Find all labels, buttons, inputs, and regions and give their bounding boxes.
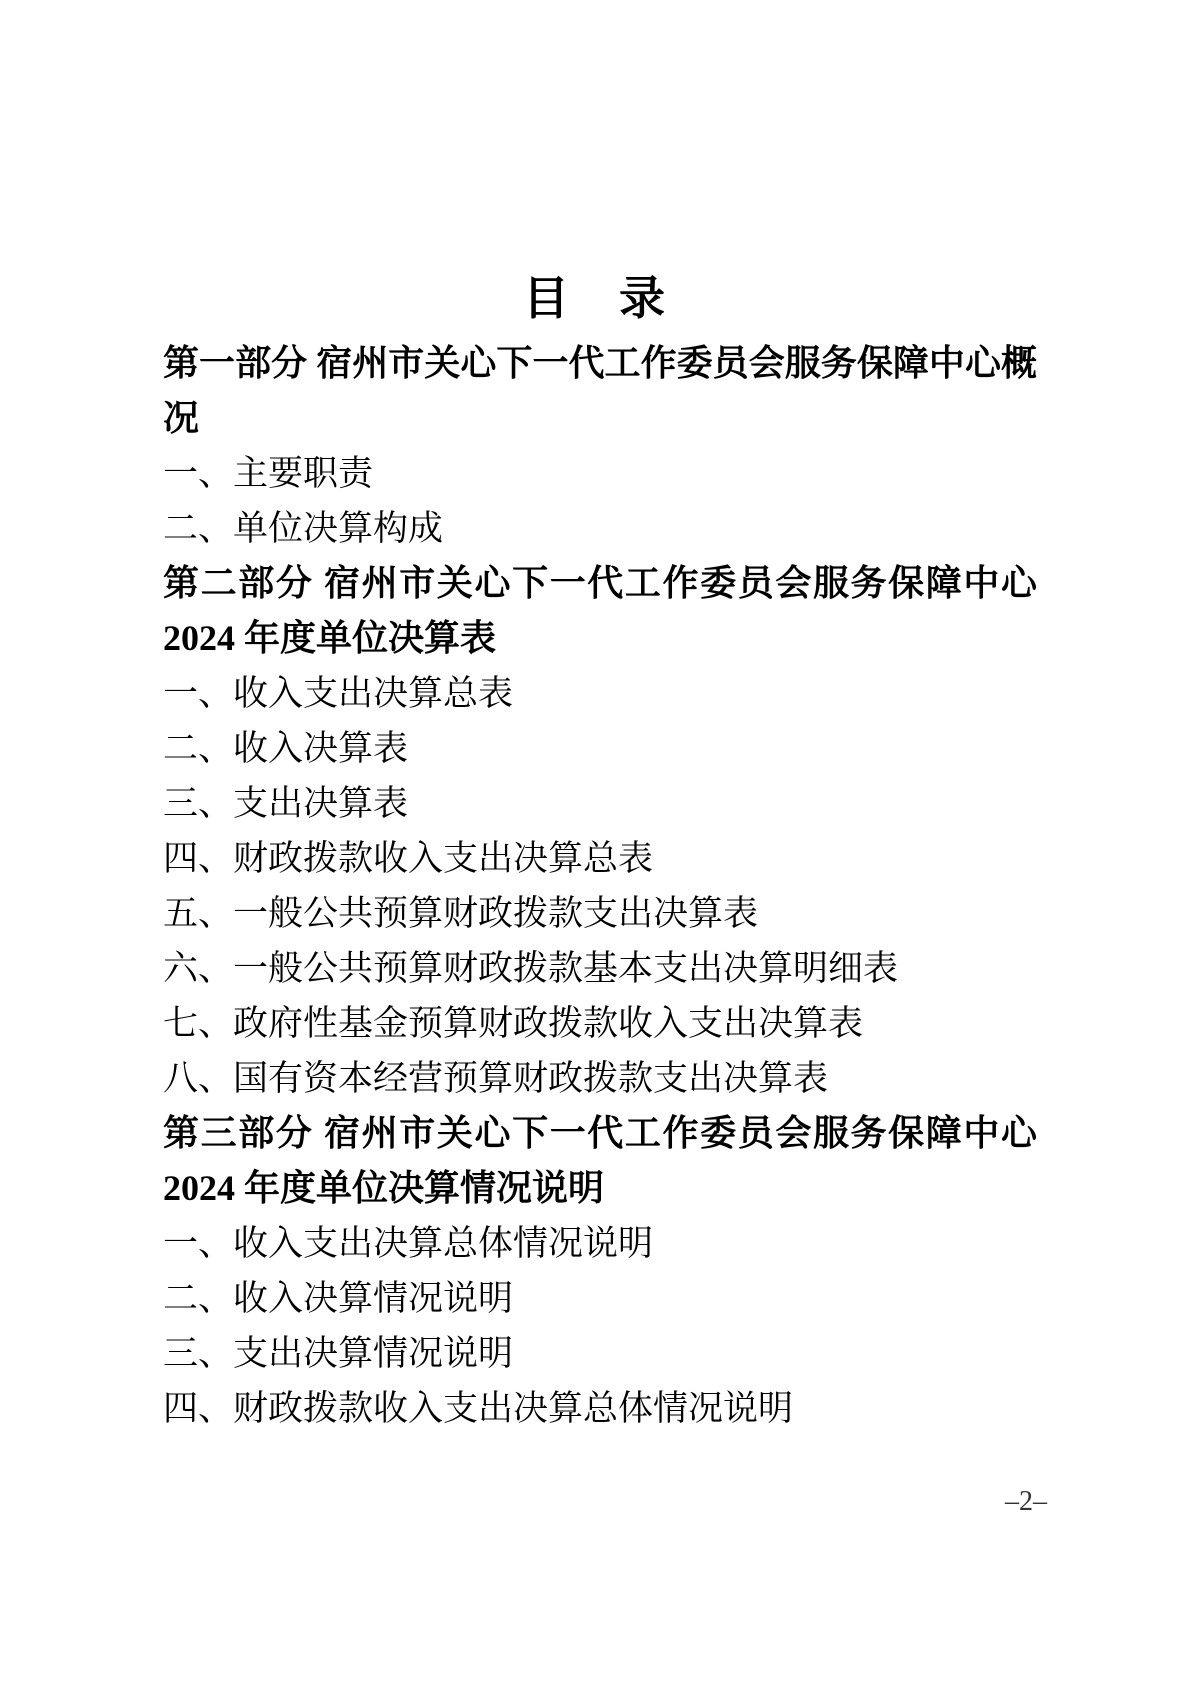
toc-item: 一、主要职责 [163, 446, 1037, 501]
toc-section1-heading-line1: 第一部分 宿州市关心下一代工作委员会服务保障中心概 [163, 336, 1037, 391]
toc-section2-heading-line1: 第二部分 宿州市关心下一代工作委员会服务保障中心 [163, 556, 1037, 611]
toc-item: 五、一般公共预算财政拨款支出决算表 [163, 886, 1037, 941]
toc-item: 一、收入支出决算总表 [163, 666, 1037, 721]
table-of-contents: 第一部分 宿州市关心下一代工作委员会服务保障中心概 况 一、主要职责 二、单位决… [163, 336, 1037, 1436]
document-page: 目 录 第一部分 宿州市关心下一代工作委员会服务保障中心概 况 一、主要职责 二… [0, 0, 1190, 1683]
toc-section3-heading-line1: 第三部分 宿州市关心下一代工作委员会服务保障中心 [163, 1106, 1037, 1161]
toc-item: 二、收入决算情况说明 [163, 1271, 1037, 1326]
toc-item: 三、支出决算表 [163, 776, 1037, 831]
toc-item: 七、政府性基金预算财政拨款收入支出决算表 [163, 996, 1037, 1051]
toc-section2-heading-line2: 2024 年度单位决算表 [163, 611, 1037, 666]
page-number: –2– [1005, 1486, 1047, 1518]
toc-item: 四、财政拨款收入支出决算总体情况说明 [163, 1381, 1037, 1436]
toc-item: 四、财政拨款收入支出决算总表 [163, 831, 1037, 886]
toc-item: 三、支出决算情况说明 [163, 1326, 1037, 1381]
toc-item: 八、国有资本经营预算财政拨款支出决算表 [163, 1051, 1037, 1106]
toc-item: 六、一般公共预算财政拨款基本支出决算明细表 [163, 941, 1037, 996]
toc-item: 一、收入支出决算总体情况说明 [163, 1216, 1037, 1271]
toc-section1-heading-line2: 况 [163, 391, 1037, 446]
toc-item: 二、收入决算表 [163, 721, 1037, 776]
page-title: 目 录 [0, 266, 1190, 330]
toc-section3-heading-line2: 2024 年度单位决算情况说明 [163, 1161, 1037, 1216]
toc-item: 二、单位决算构成 [163, 501, 1037, 556]
